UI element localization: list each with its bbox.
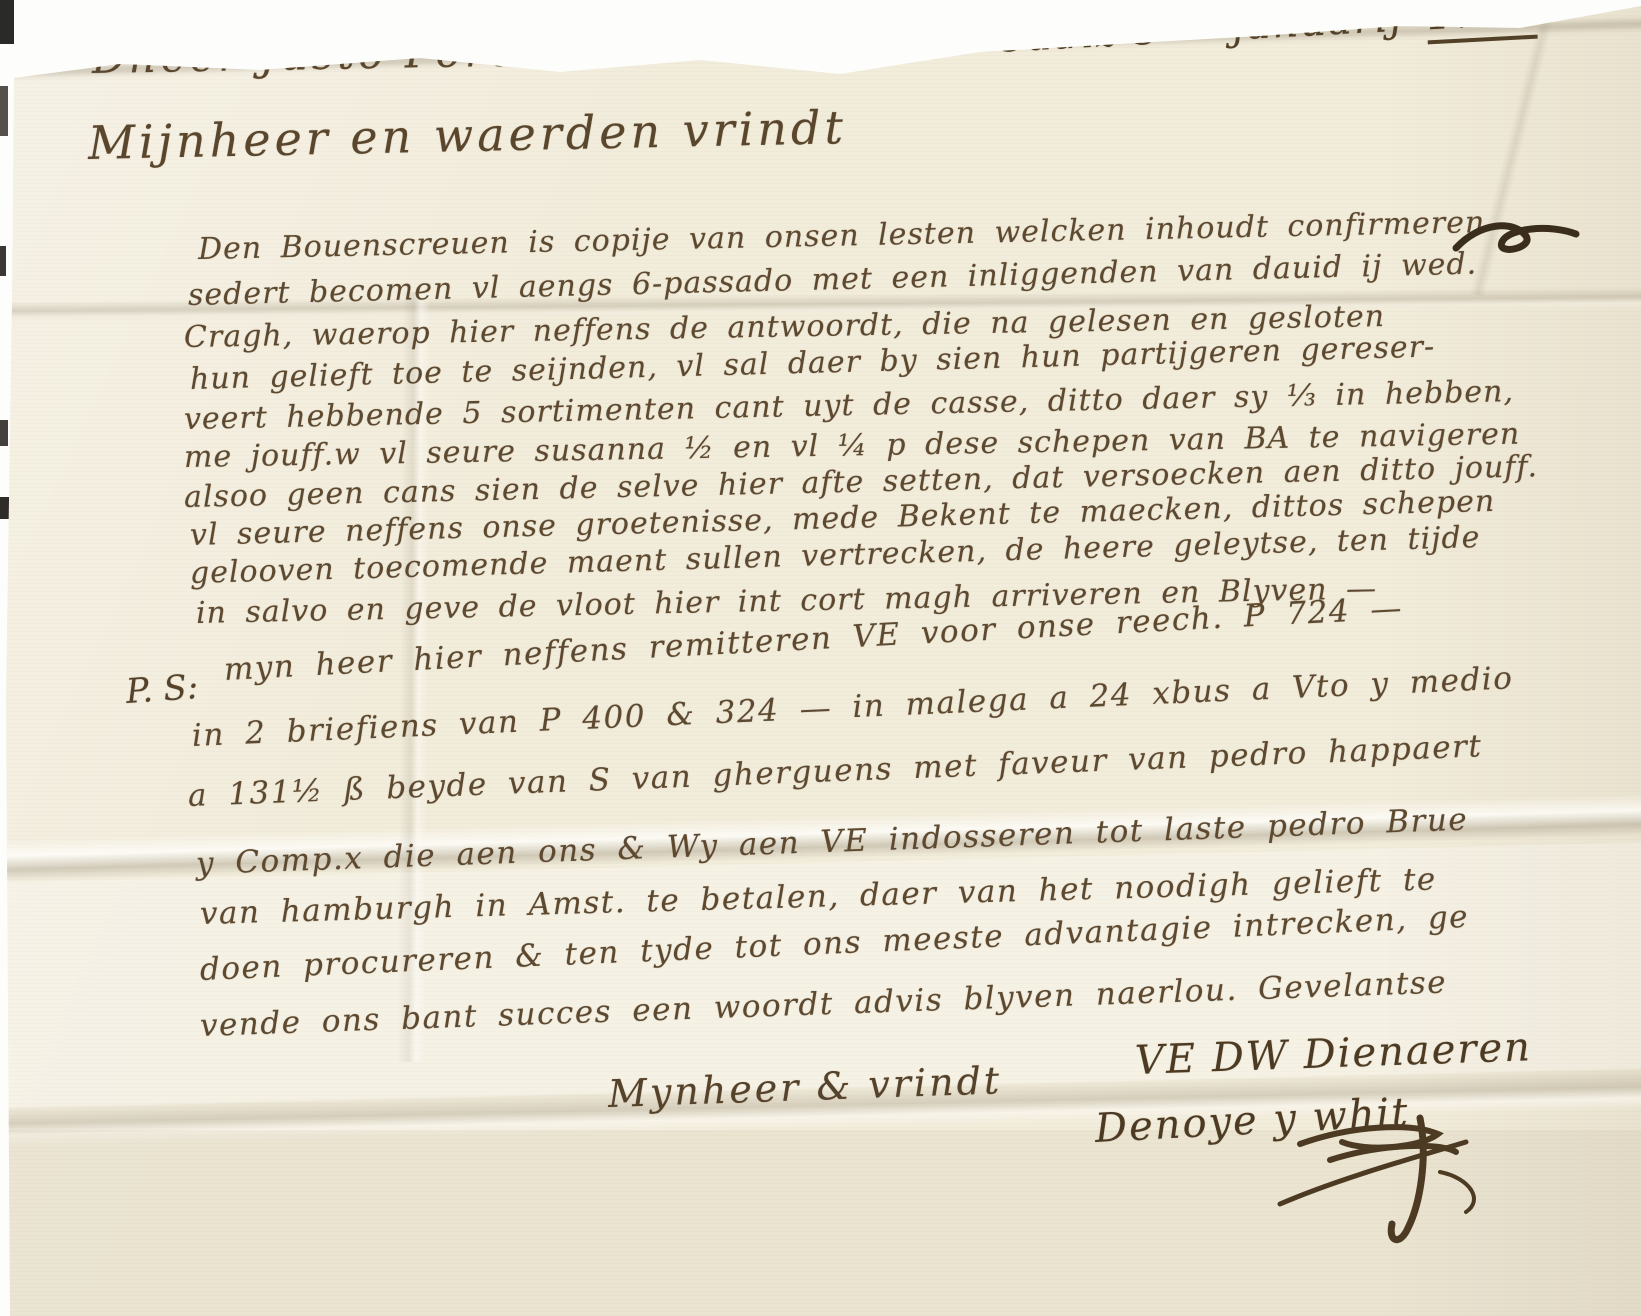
scan-edge-artifact xyxy=(0,246,6,276)
scan-edge-artifact xyxy=(0,86,8,136)
letter-scan: Dheer Justo Forchoudt # Cadiz 5 — januar… xyxy=(0,0,1641,1316)
postscript-label: P. S: xyxy=(125,667,200,712)
signature-paraph-icon xyxy=(1270,1108,1500,1298)
signature-line: VE DW Dienaeren xyxy=(1134,1024,1532,1084)
closing-line: Mynheer & vrindt xyxy=(607,1058,1003,1116)
addressee-line: Dheer Justo Forchoudt xyxy=(92,24,660,83)
scan-edge-artifact xyxy=(0,420,8,446)
scan-edge-artifact xyxy=(0,0,14,44)
dateline-year: 1710 xyxy=(1425,0,1537,44)
dateline-place-day: Cadiz 5 — januarij xyxy=(994,0,1405,62)
scan-edge-artifact xyxy=(0,497,10,519)
dateline: Cadiz 5 — januarij 1710 xyxy=(994,0,1538,62)
ink-squiggle-icon xyxy=(1452,216,1582,262)
salutation-line: Mijnheer en waerden vrindt xyxy=(87,100,847,170)
page-mark: # xyxy=(774,7,823,68)
paper-sheet: Dheer Justo Forchoudt # Cadiz 5 — januar… xyxy=(0,0,1641,1316)
